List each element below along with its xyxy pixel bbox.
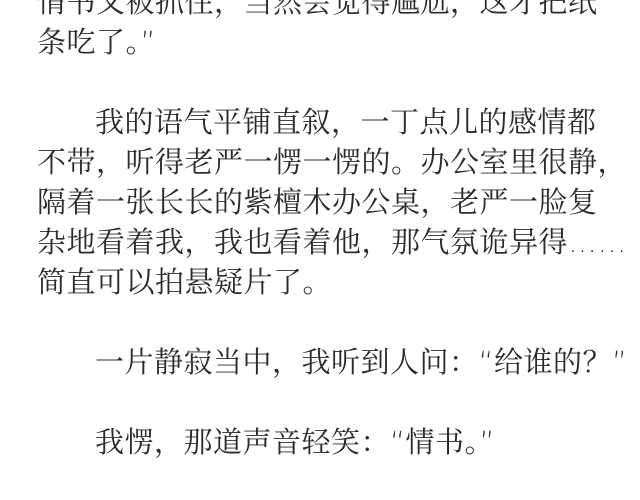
text-line: 不带，听得老严一愣一愣的。办公室里很静， — [37, 142, 629, 182]
text-line: 情书又被抓住，当然会觉得尴尬，这才把纸 — [37, 0, 629, 22]
text-line: 杂地看着我，我也看着他，那气氛诡异得…… — [37, 222, 629, 262]
text-line: 隔着一张长长的紫檀木办公桌，老严一脸复 — [37, 182, 629, 222]
novel-paragraph: 我的语气平铺直叙，一丁点儿的感情都 不带，听得老严一愣一愣的。办公室里很静， 隔… — [37, 102, 629, 302]
novel-paragraph: 情书又被抓住，当然会觉得尴尬，这才把纸 条吃了。” — [37, 0, 629, 62]
text-line: 我愣，那道声音轻笑：“情书。” — [37, 422, 629, 462]
novel-paragraph: 我愣，那道声音轻笑：“情书。” — [37, 422, 629, 462]
reader-page: 情书又被抓住，当然会觉得尴尬，这才把纸 条吃了。” 我的语气平铺直叙，一丁点儿的… — [37, 0, 629, 462]
text-line: 条吃了。” — [37, 22, 629, 62]
novel-paragraph: 一片静寂当中，我听到人问：“给谁的？” — [37, 342, 629, 382]
text-line: 我的语气平铺直叙，一丁点儿的感情都 — [37, 102, 629, 142]
text-line: 简直可以拍悬疑片了。 — [37, 262, 629, 302]
text-line: 一片静寂当中，我听到人问：“给谁的？” — [37, 342, 629, 382]
